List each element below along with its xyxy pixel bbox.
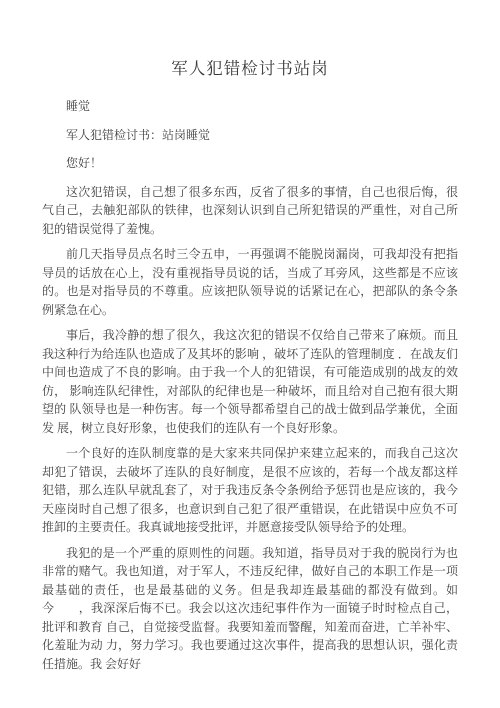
- paragraph-5: 我犯的是一个严重的原则性的问题。我知道，指导员对于我的脱岗行为也 非常的赌气。我…: [42, 544, 458, 674]
- paragraph-2: 前几天指导员点名时三令五申，一再强调不能脱岗漏岗，可我却没有把指 导员的话放在心…: [42, 245, 458, 319]
- paragraph-1: 这次犯错误，自己想了很多东西，反省了很多的事情，自己也很后悔，很 气自己，去触犯…: [42, 183, 458, 239]
- document-page: 军人犯错检讨书站岗 睡觉 军人犯错检讨书：站岗睡觉 您好！ 这次犯错误，自己想了…: [0, 0, 500, 708]
- document-heading: 军人犯错检讨书：站岗睡觉: [42, 126, 458, 145]
- paragraph-4: 一个良好的连队制度靠的是大家来共同保护来建立起来的，而我自己这次 却犯了错误，去…: [42, 444, 458, 537]
- paragraph-3: 事后，我冷静的想了很久，我这次犯的错误不仅给自己带来了麻烦。而且 我这种行为给连…: [42, 326, 458, 437]
- title-overflow-line: 睡觉: [42, 97, 458, 116]
- page-title: 军人犯错检讨书站岗: [42, 56, 458, 82]
- salutation: 您好！: [42, 154, 458, 173]
